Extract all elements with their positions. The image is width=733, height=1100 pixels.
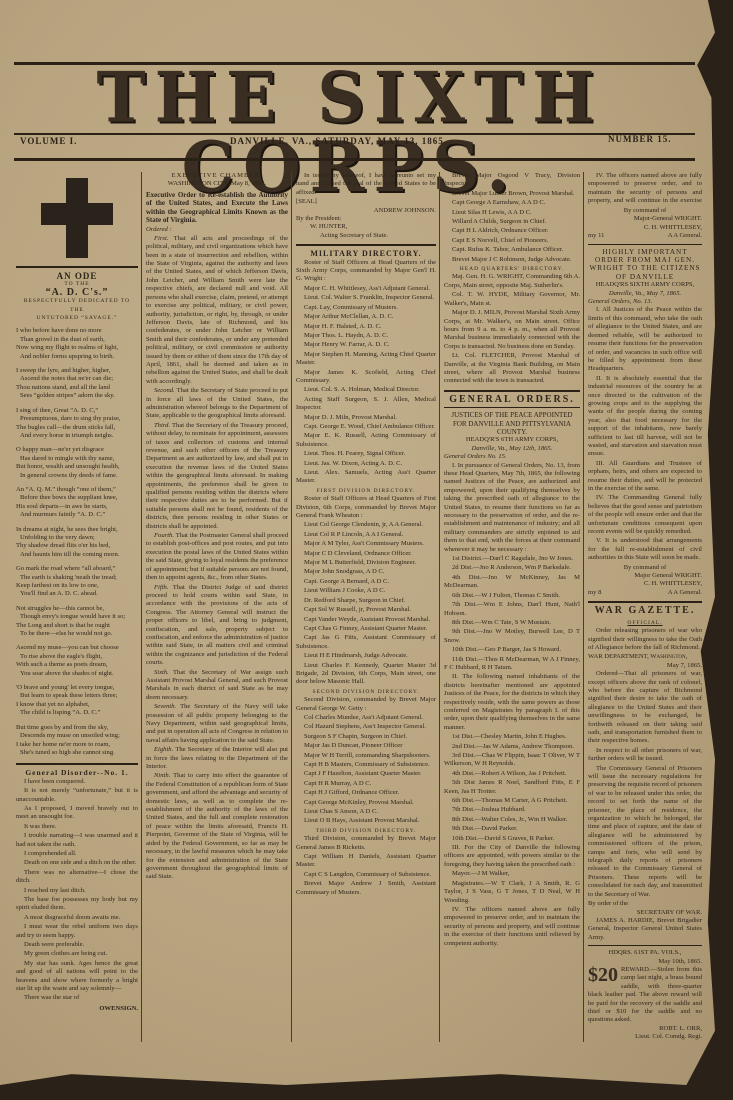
reward-hq: HDQRS. 61ST PA. VOLS., [588, 949, 702, 957]
staff-entry: Brevet Major J C Robinson, Judge Advocat… [444, 256, 580, 264]
war-gazette-title: WAR GAZETTE. [588, 607, 702, 615]
ode-poem: I who before have done no moreThan grove… [16, 327, 138, 757]
by-command-2: By command of [588, 564, 702, 572]
staff-entry: Capt. George A Bernard, A D C. [296, 578, 436, 586]
ode-subject: “A. D. C's.” [16, 289, 138, 297]
order-paragraph: III. All Guardians and Trustees of orpha… [588, 460, 702, 494]
district-entry: 10th Dist.—Geo P Barger, Jas S Howard. [444, 646, 580, 654]
district-entry: 8th Dist.—Walter Coles, Jr., Wm H Walker… [444, 816, 580, 824]
testimony: In testimony whereof, I have hereunto se… [296, 172, 436, 197]
district-entry: 8th Dist.—Wm C Tate, S W Mustain. [444, 619, 580, 627]
staff-entry: Capt H J Gifford, Ordnance Officer. [296, 789, 436, 797]
important-number: General Orders, No. 13. [588, 298, 702, 306]
poem-stanza: But time goes by and from the sky,Descen… [16, 724, 138, 758]
dateline: DANVILLE, VA., SATURDAY, MAY 13, 1865. [230, 136, 447, 146]
volume-label: VOLUME I. [20, 136, 77, 146]
column-divider [583, 172, 584, 1042]
order-paragraph: Ninth. That to carry into effect the gua… [146, 772, 288, 881]
first-division-list: Lieut Col George Clendenin, jr, A A Gene… [296, 521, 436, 686]
aag-title-2: A A General. [668, 589, 702, 597]
column-military-directory: In testimony whereof, I have hereunto se… [296, 172, 436, 1042]
by-order: By order of the [588, 900, 702, 908]
seal-label: [SEAL] [296, 198, 436, 206]
general-name-2: Major General WRIGHT. [588, 572, 702, 580]
staff-list: Major C. H. Whittlesey, Ass't Adjutant G… [296, 285, 436, 486]
district-entry: 11th Dist.—Thos R McDearman, W A J Finne… [444, 656, 580, 673]
disorder-paragraph: It was there. [16, 823, 138, 831]
secretary-name: W. HUNTER, [296, 223, 436, 231]
by-command: By command of [588, 207, 702, 215]
staff-entry: Brevet Major Andrew J Smith, Assistant C… [296, 880, 436, 897]
reward-signer: ROBT. L. ORR, [588, 1025, 702, 1033]
poem-stanza: I who before have done no moreThan grove… [16, 327, 138, 361]
division-staff-list: Brevet Major Osgood V Tracy, Division In… [444, 172, 580, 264]
third-division-list: Capt William H Daniels, Assistant Quarte… [296, 853, 436, 897]
staff-entry: Major John Snodgrass, A D C. [296, 568, 436, 576]
staff-entry: Capt J F Hazelton, Assistant Quarter Mas… [296, 770, 436, 778]
district-entry: 9th Dist.—David Parker. [444, 825, 580, 833]
war-paragraph: In respect to all other prisoners of war… [588, 747, 702, 764]
general-name: Major-General WRIGHT. [588, 215, 702, 223]
staff-entry: Capt George McKinley, Provost Marshal. [296, 799, 436, 807]
staff-entry: Major Thos. L. Haydn, A. D. C. [296, 332, 436, 340]
executive-order-title: Executive Order to Re-establish the Auth… [146, 191, 288, 225]
disorder-paragraph: The base foe possesses my body but my sp… [16, 896, 138, 913]
staff-entry: Major Stephen H. Manning, Acting Chief Q… [296, 351, 436, 368]
staff-entry: Brevet Major Luther Brown, Provost Marsh… [444, 190, 580, 198]
disorder-paragraph: I must wear the rebel uniform two days a… [16, 923, 138, 940]
reward-amount: $20 [588, 966, 618, 984]
staff-entry: Capt. Lay, Commissary of Musters. [296, 304, 436, 312]
district-entry: 6th Dist.—Thomas M Carter, A G Pritchett… [444, 797, 580, 805]
important-order-title: HIGHLY IMPORTANT ORDER FROM MAJ GEN. WRI… [588, 248, 702, 282]
column-ode: AN ODE TO THE “A. D. C's.” RESPECTFULLY … [16, 172, 138, 1072]
district-entry: 3rd Dist.—Chas W Flippin, Isaac T Oliver… [444, 752, 580, 769]
important-hq: HEADQ'RS SIXTH ARMY CORPS, [588, 281, 702, 289]
staff-entry: Capt. George E. Wood, Chief Ambulance Of… [296, 423, 436, 431]
newspaper-page: THE SIXTH CORPS. VOLUME I. DANVILLE, VA.… [0, 0, 715, 1085]
general-orders-title: GENERAL ORDERS. [444, 396, 580, 404]
order-paragraph: Seventh. The Secretary of the Navy will … [146, 703, 288, 745]
order-paragraph: Fifth. That the District Judge of said d… [146, 584, 288, 668]
war-gazette-body: Ordered—That all prisoners of war, excep… [588, 670, 702, 899]
staff-entry: Capt Sol W Russell, jr, Provost Marshal. [296, 606, 436, 614]
staff-entry: Col Charles Mundee, Ass't Adjutant Gener… [296, 714, 436, 722]
staff-entry: Lieut Charles F. Kennedy, Quarter Master… [296, 662, 436, 687]
district-entry: 4th Dist.—Robert A Wilson, Jas J Pritche… [444, 770, 580, 778]
staff-entry: Major A M Tyler, Ass't Commissary Muster… [296, 540, 436, 548]
district-entry: 2d Dist.—Jno R Anderson, Wm P Barksdale. [444, 564, 580, 572]
order-paragraph: IV. The Commanding General fully believe… [588, 494, 702, 536]
district-entry: 7th Dist.—Wm E Johns, Dan'l Hunt, Nath'l… [444, 601, 580, 618]
reward-signer-title: Lieut. Col. Comdg. Regt. [588, 1033, 702, 1041]
hq-directory-title: HEAD QUARTERS' DIRECTORY. [444, 265, 580, 273]
poem-stanza: I sweep the lyre, and higher, higher,Asc… [16, 367, 138, 401]
staff-entry: Brevet Major Osgood V Tracy, Division In… [444, 172, 580, 189]
disorder-paragraph: My star has sunk. Ages hence the great a… [16, 960, 138, 994]
staff-entry: Lieut. Jas. W. Dixon, Acting A. D. C. [296, 460, 436, 468]
staff-entry: Lieut Chas S Anson, A D C. [296, 808, 436, 816]
disorder-paragraph: I have been conquered. [16, 778, 138, 786]
disorder-paragraph: A most disgraceful doom awaits me. [16, 914, 138, 922]
hq-entry: Maj. Gen. H. G. WRIGHT, Commanding 6th A… [444, 273, 580, 290]
staff-entry: Major W H Terrill, commanding Sharpshoot… [296, 752, 436, 760]
folio-bottom-rule [14, 158, 695, 161]
disorder-paragraph: I trouble narrating—I was unarmed and it… [16, 832, 138, 849]
disorder-paragraph: Death on one side and a ditch on the oth… [16, 859, 138, 867]
district-entry: 4th Dist.—Jno W McKinney, Jas M McDearma… [444, 574, 580, 591]
war-date: May 7, 1865. [588, 662, 702, 670]
district-entry: 9th Dist.—Jno W Motley, Burwell Lee, D T… [444, 628, 580, 645]
ode-dedication-2: UNTUTORED “SAVAGE.” [16, 314, 138, 322]
order-paragraph: First. That all acts and proceedings of … [146, 235, 288, 386]
staff-entry: Capt C S Langdon, Commissary of Subsiste… [296, 871, 436, 879]
section-2: II. The following named inhabitants of t… [444, 673, 580, 732]
disorder-paragraph: There was the star of [16, 994, 138, 1002]
staff-entry: Capt Jas G Fitts, Assistant Commissary o… [296, 634, 436, 651]
order-paragraph: II. It is absolutely essential that the … [588, 375, 702, 459]
hq-directory-list: Maj. Gen. H. G. WRIGHT, Commanding 6th A… [444, 273, 580, 385]
staff-entry: Major Arthur McClellan, A. D. C. [296, 313, 436, 321]
first-division-title: FIRST DIVISION DIRECTORY. [296, 487, 436, 495]
aag-name-2: C. H. WHITTLESEY, [588, 580, 702, 588]
poem-stanza: I sing of thee, Great “A. D. C,”Presumpt… [16, 407, 138, 441]
staff-entry: Lieut Col R P Lincoln, A A I General. [296, 531, 436, 539]
district-entry: 10th Dist.—David S Graves, R Parker. [444, 835, 580, 843]
district-entry: 2nd Dist.—Jas W Adams, Andrew Thompson. [444, 743, 580, 751]
ode-title: AN ODE [16, 272, 138, 280]
poem-stanza: Ascend my muse—you can but chooseTo rise… [16, 644, 138, 678]
hardie-signature: JAMES A. HARDIE, Brevet Brigadier Genera… [588, 917, 702, 942]
issue-mark-2: my 8 [588, 589, 601, 597]
district-entry: 1st District.—Dan'l C Ragsdale, Jno W Jo… [444, 555, 580, 563]
staff-entry: Capt William H Daniels, Assistant Quarte… [296, 853, 436, 870]
staff-entry: Lieut Col George Clendenin, jr, A A Gene… [296, 521, 436, 529]
staff-entry: Capt H R Murray, A D C. [296, 780, 436, 788]
staff-entry: Acting Staff Surgeon, S. J. Allen, Medic… [296, 396, 436, 413]
staff-entry: Major D. J. Miln, Provost Marshal. [296, 414, 436, 422]
staff-entry: Major Jas D Duncan, Pioneer Officer [296, 742, 436, 750]
staff-entry: Col Hazard Stephens, Ass't Inspector Gen… [296, 723, 436, 731]
disorder-paragraph: I comprehended all. [16, 850, 138, 858]
disorder-paragraph: Death were preferable. [16, 941, 138, 949]
disorder-signature: OWENSIGN. [16, 1005, 138, 1013]
staff-entry: Major C D Cleveland, Ordnance Officer. [296, 550, 436, 558]
poem-stanza: Not struggles he—this cannot be,Though e… [16, 605, 138, 639]
staff-entry: Lieut. Col. Walter S. Franklin, Inspecto… [296, 294, 436, 302]
column-divider [141, 172, 142, 1042]
staff-entry: Capt H L Aldrich, Ordnance Officer. [444, 227, 580, 235]
staff-entry: Major C. H. Whittlesey, Ass't Adjutant G… [296, 285, 436, 293]
section-3: III. For the City of Danville the follow… [444, 844, 580, 869]
important-order-body: I. All Justices of the Peace within the … [588, 306, 702, 562]
staff-entry: Major Henry W. Farrar, A. D. C. [296, 341, 436, 349]
ordered-label: Ordered : [146, 226, 288, 234]
aag-name: C. H. WHITTLESEY, [588, 224, 702, 232]
staff-entry: Capt. Rufus K. Tabor, Ambulance Officer. [444, 246, 580, 254]
staff-entry: Lieut. Alex. Samuels, Acting Ass't Quart… [296, 469, 436, 486]
column-executive-order: EXECUTIVE CHAMBER, WASHINGTON CITY, May … [146, 172, 288, 1042]
third-division-intro: Third Division, commanded by Brevet Majo… [296, 835, 436, 852]
poem-stanza: Go mark the road where “all aboard,”The … [16, 565, 138, 599]
districts-list: 1st District.—Dan'l C Ragsdale, Jno W Jo… [444, 555, 580, 672]
justices-date: Danville, Va., May 12th, 1865. [444, 445, 580, 453]
important-date: Danville, Va., May 7, 1865. [588, 290, 702, 298]
staff-entry: Lieut William J Cooke, A D C. [296, 587, 436, 595]
staff-entry: Capt H B Masters, Commissary of Subsiste… [296, 761, 436, 769]
military-directory-title: MILITARY DIRECTORY. [296, 250, 436, 258]
staff-entry: Major James K. Scofield, Acting Chief Co… [296, 369, 436, 386]
staff-entry: Lieut. Col. S. A. Holman, Medical Direct… [296, 386, 436, 394]
executive-order-body: First. That all acts and proceedings of … [146, 235, 288, 882]
chamber-heading: EXECUTIVE CHAMBER, [146, 172, 288, 180]
secretary-title: Acting Secretary of State. [296, 232, 436, 240]
orders-text: I. In pursuance of General Orders, No. 1… [444, 462, 580, 554]
column-war-gazette: IV. The officers named above are fully e… [588, 172, 702, 1042]
orders-number: General Orders No. 15. [444, 453, 580, 461]
second-division-list: Col Charles Mundee, Ass't Adjutant Gener… [296, 714, 436, 826]
district-entry: 1st Dist.—Chesley Martin, John E Hughes. [444, 733, 580, 741]
poem-stanza: In dreams at night, he sees thee bright,… [16, 526, 138, 560]
column-divider [439, 172, 440, 1042]
poem-stanza: O happy man—ne'er yet disgraceHas dared … [16, 446, 138, 480]
by-president: By the President: [296, 215, 436, 223]
order-paragraph: Second. That the Secretary of State proc… [146, 387, 288, 421]
secretary-of-war: SECRETARY OF WAR. [588, 909, 702, 917]
poem-stanza: An “A. Q. M.” though “one of them,”Befor… [16, 486, 138, 520]
staff-entry: Lieut Silas H Lewis, A A D C. [444, 209, 580, 217]
staff-entry: Major M L Butterfield, Division Engineer… [296, 559, 436, 567]
section-4: IV. The officers named above are fully e… [444, 906, 580, 948]
district-entry: 6th Dist.—W J Fulton, Thomas C Smith. [444, 592, 580, 600]
column-divider [291, 172, 292, 1042]
directory-intro: Roster of Staff Officers at Head Quarter… [296, 259, 436, 284]
districts-list-2: 1st Dist.—Chesley Martin, John E Hughes.… [444, 733, 580, 843]
staff-entry: Capt E S Norvell, Chief of Pioneers. [444, 237, 580, 245]
signer: ANDREW JOHNSON. [296, 207, 436, 215]
staff-entry: Capt Chas G Finney, Assistant Quarter Ma… [296, 625, 436, 633]
order-paragraph: V. It is understood that arrangements fo… [588, 537, 702, 562]
justices-hq: HEADQ'R'S 6TH ARMY CORPS, [444, 436, 580, 444]
war-department: WAR DEPARTMENT, Washington, [588, 653, 702, 661]
chamber-place-date: WASHINGTON CITY, May 8, 1865. [146, 180, 288, 188]
mayor: Mayor.—J M Walker, [444, 870, 580, 878]
poem-stanza: 'O brave and young' let every tongue,But… [16, 684, 138, 718]
second-division-title: SECOND DIVISION DIRECTORY. [296, 688, 436, 696]
disorder-paragraph: My green clothes are being cut. [16, 950, 138, 958]
issue-mark: my 11 [588, 232, 604, 240]
hq-entry: Col. T. W. HYDE, Military Governor, Mr. … [444, 291, 580, 308]
order-paragraph: Sixth. That the Secretary of War assign … [146, 669, 288, 703]
staff-entry: Major H. F. Halsted, A. D. C. [296, 323, 436, 331]
justices-title: JUSTICES OF THE PEACE APPOINTED FOR DANV… [444, 411, 580, 436]
third-division-title: THIRD DIVISION DIRECTORY. [296, 827, 436, 835]
disorder-paragraph: It is not merely “unfortunate,” but it i… [16, 787, 138, 804]
staff-entry: Capt George A Earnshaw, A A D C. [444, 199, 580, 207]
staff-entry: Lieut H E Hindmarsh, Judge Advocate. [296, 652, 436, 660]
sixth-corps-cross-icon [41, 178, 113, 258]
folio-top-rule [14, 133, 695, 135]
issue-number: NUMBER 15. [608, 134, 672, 144]
war-paragraph: Ordered—That all prisoners of war, excep… [588, 670, 702, 746]
ode-dedication: RESPECTFULLY DEDICATED TO THE [16, 297, 138, 314]
staff-entry: Major E. K. Russell, Acting Commissary o… [296, 432, 436, 449]
staff-entry: Surgeon S F Chapin, Surgeon in Chief. [296, 733, 436, 741]
war-paragraph: The Commissary General of Prisoners will… [588, 765, 702, 900]
staff-entry: Willard A Childs, Surgeon in Chief. [444, 218, 580, 226]
first-division-intro: Roster of Staff Officers at Head Quarter… [296, 495, 436, 520]
col5-continued: IV. The officers named above are fully e… [588, 172, 702, 206]
war-intro: Order releasing prisoners of war who sig… [588, 627, 702, 652]
disorder-body: I have been conquered.It is not merely “… [16, 778, 138, 1003]
disorder-paragraph: I reached my last ditch. [16, 887, 138, 895]
staff-entry: Dr. Redford Sharpe, Surgeon in Chief. [296, 597, 436, 605]
official-label: OFFICIAL. [588, 619, 702, 627]
hq-entry: Major D. J. MILN, Provost Marshal Sixth … [444, 309, 580, 351]
staff-entry: Capt Vander Weyde, Assistant Provost Mar… [296, 616, 436, 624]
orders-paragraph: I. In pursuance of General Orders, No. 1… [444, 462, 580, 554]
order-paragraph: Eighth. The Secretary of the Interior wi… [146, 746, 288, 771]
column-general-orders: Brevet Major Osgood V Tracy, Division In… [444, 172, 580, 1042]
second-division-intro: Second Division, commanded by Brevet Maj… [296, 696, 436, 713]
order-paragraph: Third. That the Secretary of the Treasur… [146, 422, 288, 531]
order-paragraph: I. All Justices of the Peace within the … [588, 306, 702, 373]
staff-entry: Lieut. Thos. H. Fearey, Signal Officer. [296, 450, 436, 458]
aag-title: A A General. [668, 232, 702, 240]
hq-entry: Lt. Col. FLETCHER, Provost Marshal of Da… [444, 352, 580, 386]
magistrates: Magistrates.—W T Clark, J A Smith, R. G … [444, 880, 580, 905]
district-entry: 7th Dist.—Joshua Hubbard. [444, 806, 580, 814]
staff-entry: Lieut O B Hays, Assistant Provost Marsha… [296, 817, 436, 825]
disorder-paragraph: There was no alternative—I chose the dit… [16, 869, 138, 886]
district-entry: 5th Dist James R Noel, Sandford Fitts, E… [444, 779, 580, 796]
disorder-paragraph: As I proposed, I moved bravely out to me… [16, 805, 138, 822]
order-paragraph: Fourth. That the Postmaster General shal… [146, 532, 288, 582]
disorder-title: General Disorder--No. 1. [16, 769, 138, 777]
